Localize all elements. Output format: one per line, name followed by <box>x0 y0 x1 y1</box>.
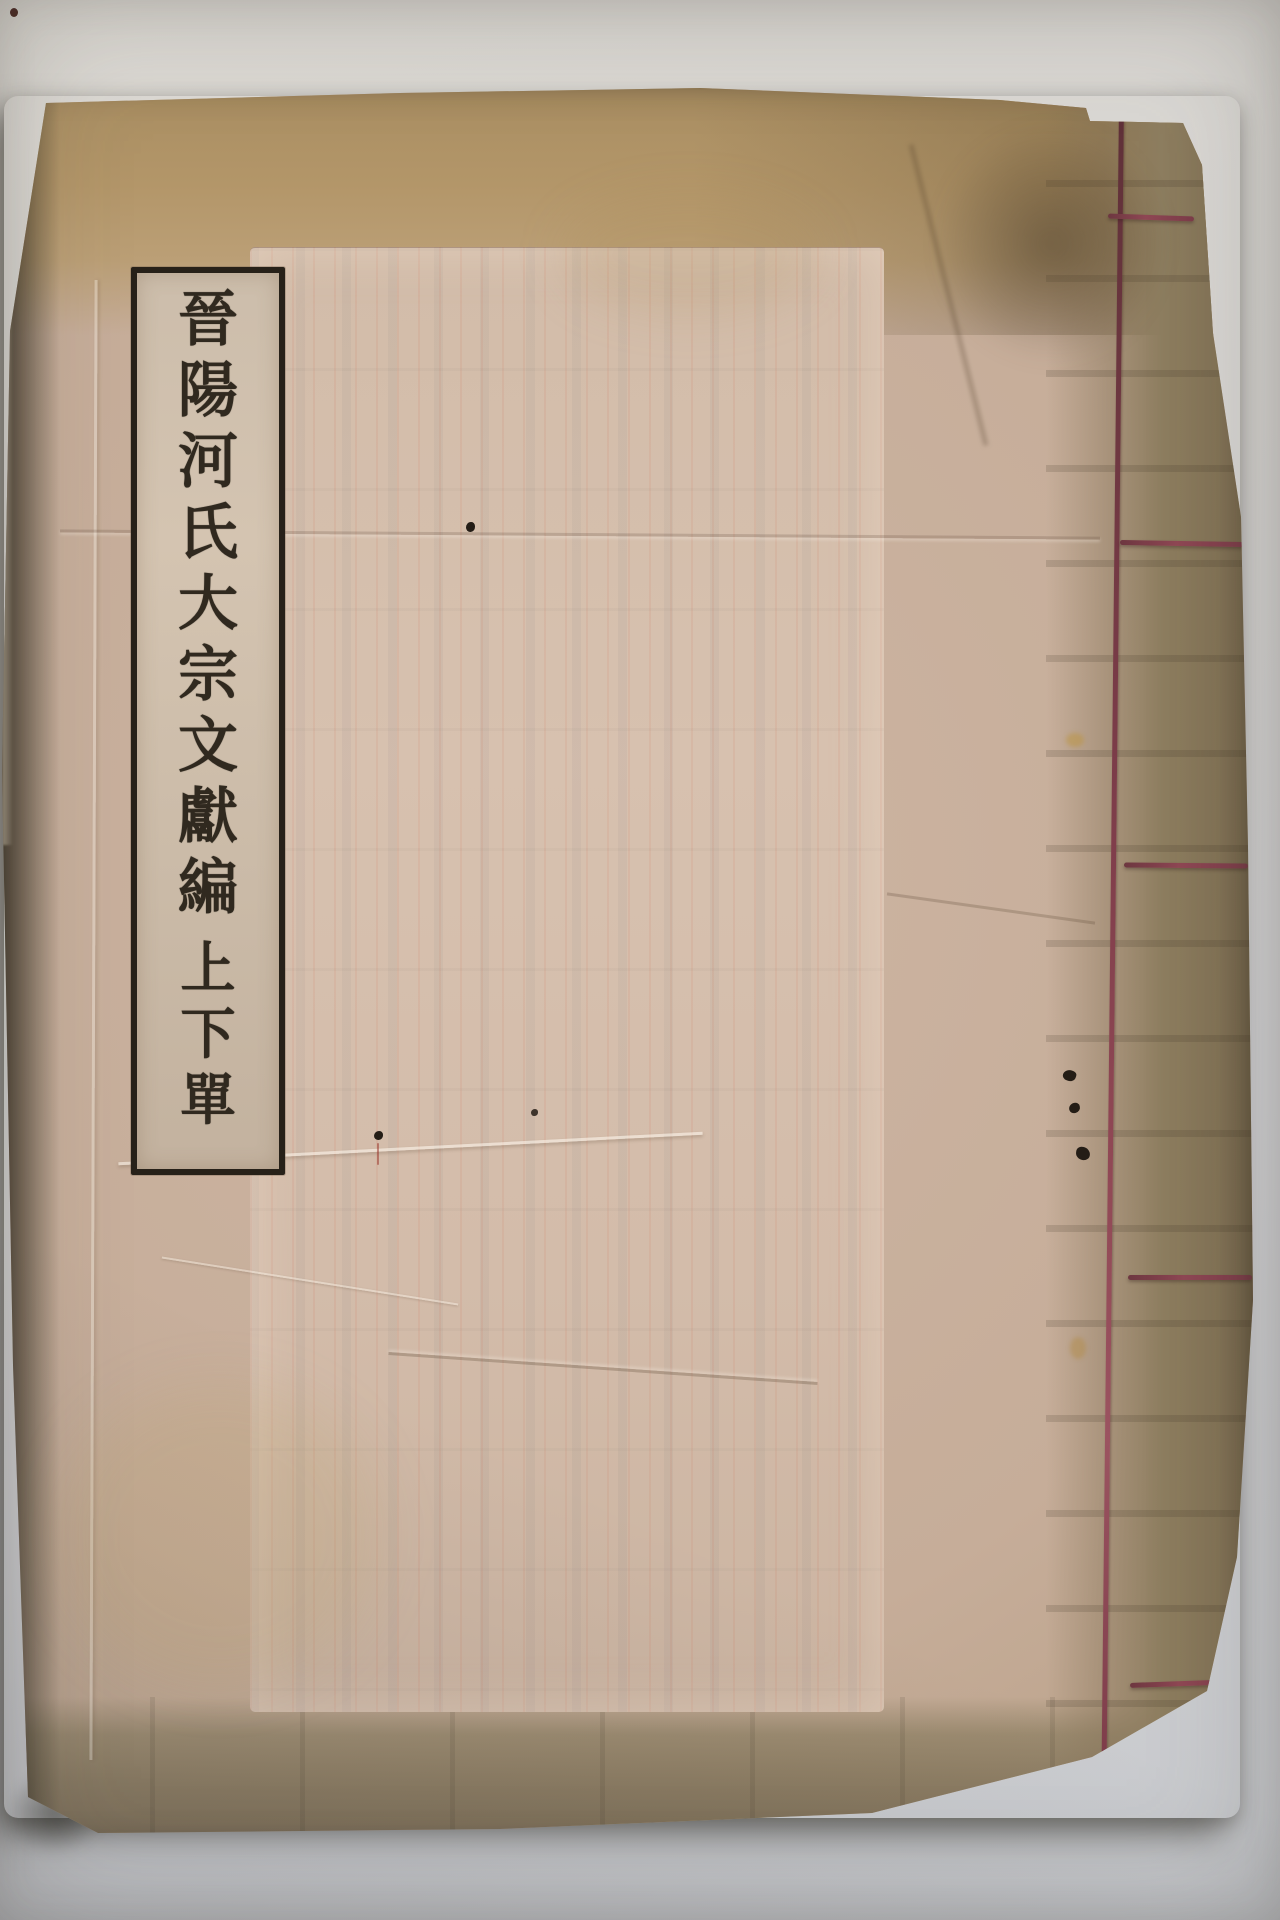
background-speck <box>10 8 18 17</box>
cover-edge-shading <box>0 85 1256 1847</box>
book-cover: 晉 陽 河 氏 大 宗 文 獻 編 上 下 單 <box>0 85 1256 1847</box>
photo-backdrop: 晉 陽 河 氏 大 宗 文 獻 編 上 下 單 <box>0 0 1280 1920</box>
